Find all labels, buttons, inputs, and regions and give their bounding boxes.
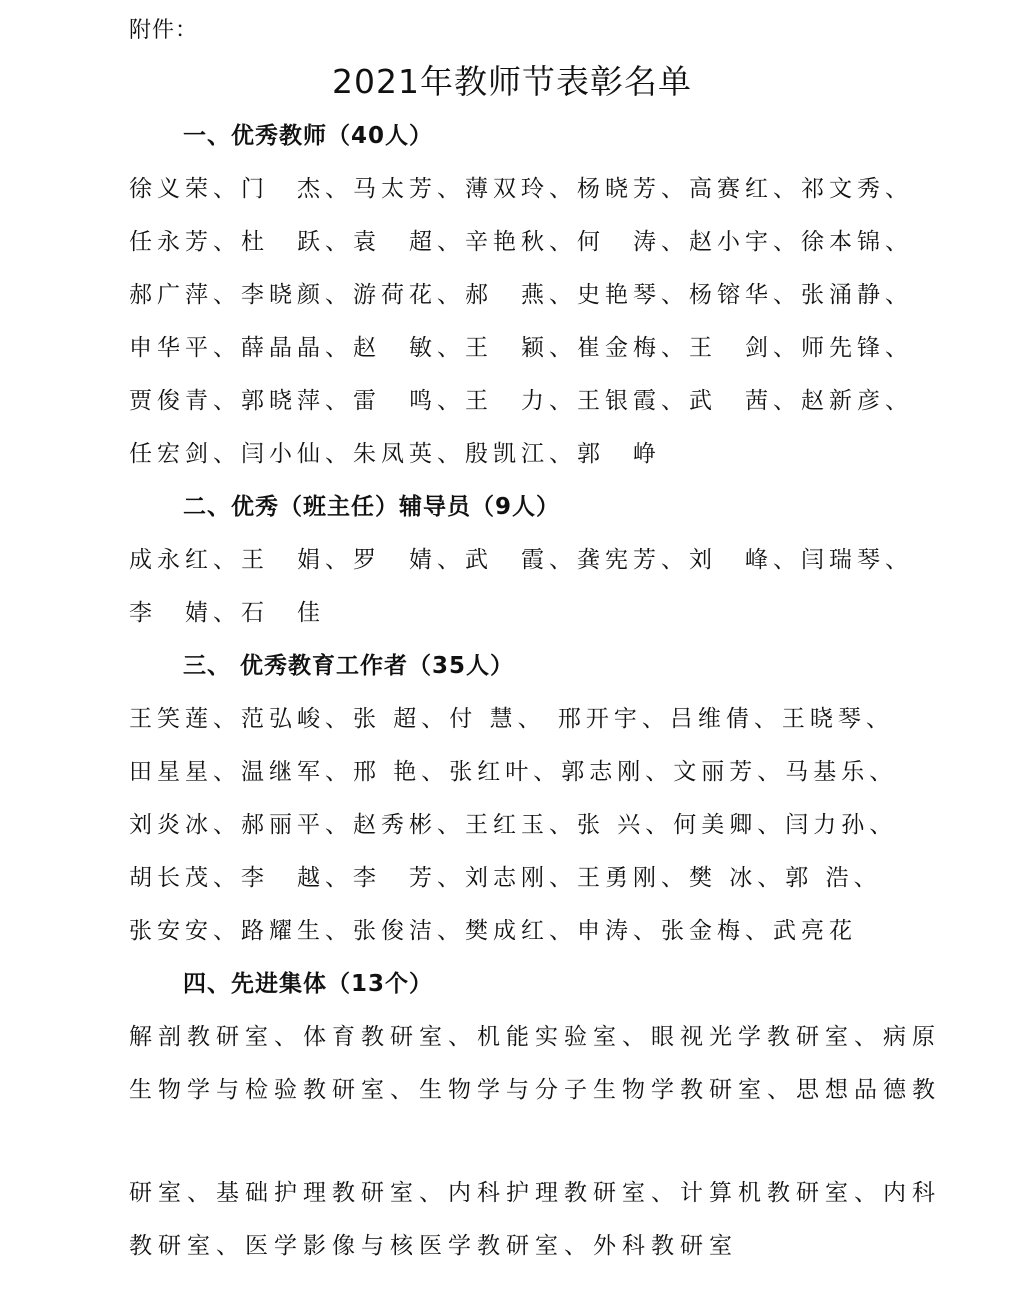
name-list-line: 徐义荣、门 杰、马太芳、薄双玲、杨晓芳、高赛红、祁文秀、 [129,171,913,207]
name-list-line: 李 婧、石 佳 [129,595,325,631]
page-title: 2021年教师节表彰名单 [0,58,1024,106]
name-list-line: 申华平、薛晶晶、赵 敏、王 颖、崔金梅、王 剑、师先锋、 [129,330,913,366]
name-list-line: 成永红、王 娟、罗 婧、武 霞、龚宪芳、刘 峰、闫瑞琴、 [129,542,913,578]
name-list-line: 郝广萍、李晓颜、游荷花、郝 燕、史艳琴、杨镕华、张涌静、 [129,277,913,313]
name-list-line: 任宏剑、闫小仙、朱凤英、殷凯江、郭 峥 [129,436,661,472]
name-list-line: 胡长茂、李 越、李 芳、刘志刚、王勇刚、樊 冰、郭 浩、 [129,860,882,896]
section-heading-excellent-educators: 三、 优秀教育工作者（35人） [183,648,514,684]
collective-list-line: 教研室、医学影像与核医学教研室、外科教研室 [129,1228,738,1264]
collective-list-line: 研室、基础护理教研室、内科护理教研室、计算机教研室、内科 [129,1175,941,1211]
section-heading-advanced-collectives: 四、先进集体（13个） [183,966,433,1002]
attachment-label: 附件： [129,14,198,48]
section-heading-excellent-counselors: 二、优秀（班主任）辅导员（9人） [183,489,560,525]
name-list-line: 贾俊青、郭晓萍、雷 鸣、王 力、王银霞、武 茜、赵新彦、 [129,383,913,419]
document-page: 附件： 2021年教师节表彰名单 一、优秀教师（40人） 徐义荣、门 杰、马太芳… [0,0,1024,1310]
name-list-line: 张安安、路耀生、张俊洁、樊成红、申涛、张金梅、武亮花 [129,913,857,949]
name-list-line: 刘炎冰、郝丽平、赵秀彬、王红玉、张 兴、何美卿、闫力孙、 [129,807,897,843]
collective-list-line: 生物学与检验教研室、生物学与分子生物学教研室、思想品德教 [129,1072,941,1108]
collective-list-line: 解剖教研室、体育教研室、机能实验室、眼视光学教研室、病原 [129,1019,941,1055]
name-list-line: 王笑莲、范弘峻、张 超、付 慧、 邢开宇、吕维倩、王晓琴、 [129,701,894,737]
name-list-line: 任永芳、杜 跃、袁 超、辛艳秋、何 涛、赵小宇、徐本锦、 [129,224,913,260]
name-list-line: 田星星、温继军、邢 艳、张红叶、郭志刚、文丽芳、马基乐、 [129,754,897,790]
section-heading-excellent-teachers: 一、优秀教师（40人） [183,118,433,154]
